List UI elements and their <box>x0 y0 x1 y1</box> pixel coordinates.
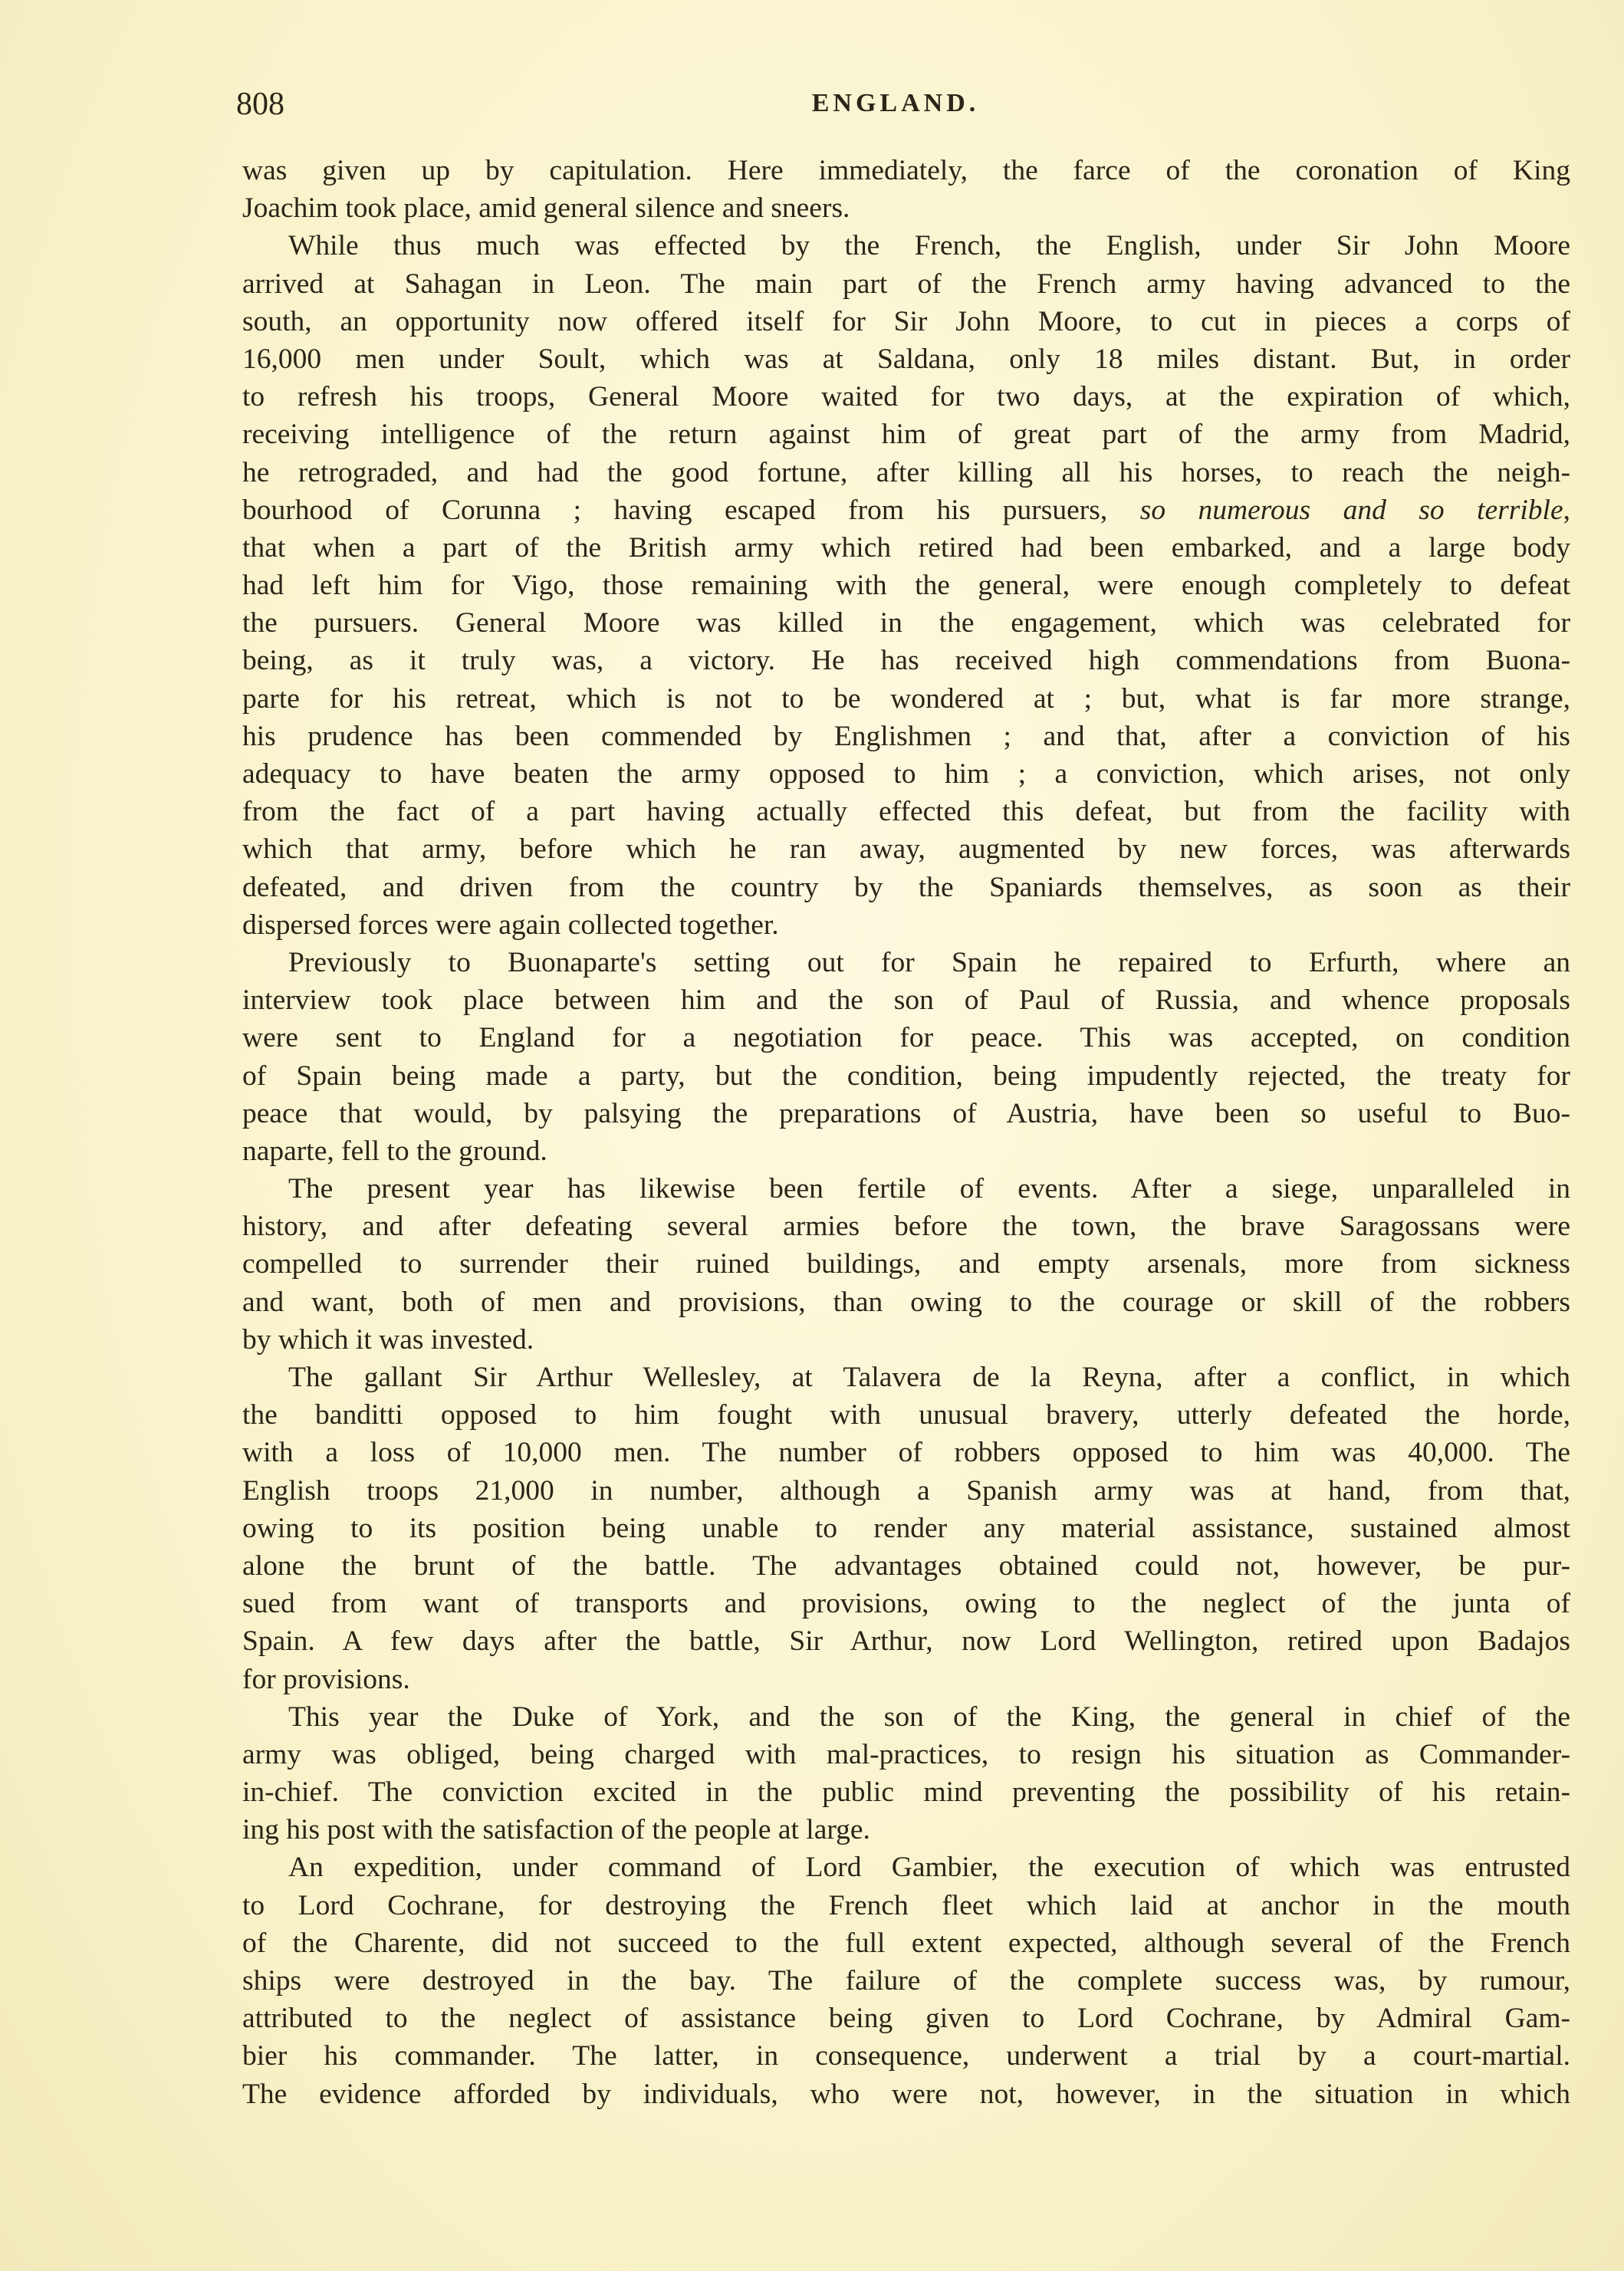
text-line: history, and after defeating several arm… <box>242 1208 1570 1245</box>
text-line: from the fact of a part having actually … <box>242 793 1570 830</box>
text-line: attributed to the neglect of assistance … <box>242 2000 1570 2037</box>
text-line: to Lord Cochrane, for destroying the Fre… <box>242 1887 1570 1924</box>
text-line: defeated, and driven from the country by… <box>242 869 1570 906</box>
text-line: bourhood of Corunna ; having escaped fro… <box>242 491 1570 529</box>
text-line: English troops 21,000 in number, althoug… <box>242 1472 1570 1510</box>
text-line: his prudence has been commended by Engli… <box>242 718 1570 755</box>
page-header: 808 ENGLAND. <box>236 86 1555 124</box>
text-line: bier his commander. The latter, in conse… <box>242 2037 1570 2075</box>
text-line: parte for his retreat, which is not to b… <box>242 680 1570 718</box>
text-line: sued from want of transports and provisi… <box>242 1585 1570 1622</box>
text-line: Previously to Buonaparte's setting out f… <box>242 944 1570 981</box>
text-line: Spain. A few days after the battle, Sir … <box>242 1622 1570 1660</box>
text-line: had left him for Vigo, those remaining w… <box>242 567 1570 604</box>
text-line: Joachim took place, amid general silence… <box>242 189 1570 227</box>
text-line: adequacy to have beaten the army opposed… <box>242 755 1570 793</box>
text-line: This year the Duke of York, and the son … <box>242 1698 1570 1736</box>
text-line: for provisions. <box>242 1661 1570 1698</box>
text-line: interview took place between him and the… <box>242 981 1570 1019</box>
text-line: While thus much was effected by the Fren… <box>242 227 1570 265</box>
text-line: army was obliged, being charged with mal… <box>242 1736 1570 1773</box>
text-line: and want, both of men and provisions, th… <box>242 1283 1570 1321</box>
text-line: receiving intelligence of the return aga… <box>242 416 1570 453</box>
text-line: ships were destroyed in the bay. The fai… <box>242 1962 1570 2000</box>
text-line: The gallant Sir Arthur Wellesley, at Tal… <box>242 1359 1570 1396</box>
text-line: dispersed forces were again collected to… <box>242 906 1570 944</box>
text-line: to refresh his troops, General Moore wai… <box>242 378 1570 416</box>
text-line: The evidence afforded by individuals, wh… <box>242 2075 1570 2113</box>
text-line: the pursuers. General Moore was killed i… <box>242 604 1570 642</box>
text-line: south, an opportunity now offered itself… <box>242 303 1570 340</box>
text-line: in-chief. The conviction excited in the … <box>242 1773 1570 1811</box>
text-line: 16,000 men under Soult, which was at Sal… <box>242 340 1570 378</box>
text-line: he retrograded, and had the good fortune… <box>242 454 1570 491</box>
text-line: were sent to England for a negotiation f… <box>242 1019 1570 1057</box>
text-line: alone the brunt of the battle. The advan… <box>242 1547 1570 1585</box>
body-text: was given up by capitulation. Here immed… <box>242 152 1570 2113</box>
text-line: owing to its position being unable to re… <box>242 1510 1570 1547</box>
text-line: arrived at Sahagan in Leon. The main par… <box>242 265 1570 303</box>
text-line: peace that would, by palsying the prepar… <box>242 1095 1570 1132</box>
text-line: the banditti opposed to him fought with … <box>242 1396 1570 1434</box>
text-line: which that army, before which he ran awa… <box>242 830 1570 868</box>
text-line: with a loss of 10,000 men. The number of… <box>242 1434 1570 1471</box>
text-line: The present year has likewise been ferti… <box>242 1170 1570 1208</box>
text-line: that when a part of the British army whi… <box>242 529 1570 567</box>
text-line: ing his post with the satisfaction of th… <box>242 1811 1570 1849</box>
text-line: naparte, fell to the ground. <box>242 1132 1570 1170</box>
text-line: being, as it truly was, a victory. He ha… <box>242 642 1570 679</box>
italic-emphasis: so numerous and so terrible <box>1140 495 1563 526</box>
running-head: ENGLAND. <box>236 89 1555 118</box>
text-line: of Spain being made a party, but the con… <box>242 1057 1570 1095</box>
text-line: of the Charente, did not succeed to the … <box>242 1924 1570 1962</box>
text-line: An expedition, under command of Lord Gam… <box>242 1849 1570 1886</box>
text-line: was given up by capitulation. Here immed… <box>242 152 1570 189</box>
text-line: compelled to surrender their ruined buil… <box>242 1245 1570 1283</box>
text-line: by which it was invested. <box>242 1321 1570 1359</box>
